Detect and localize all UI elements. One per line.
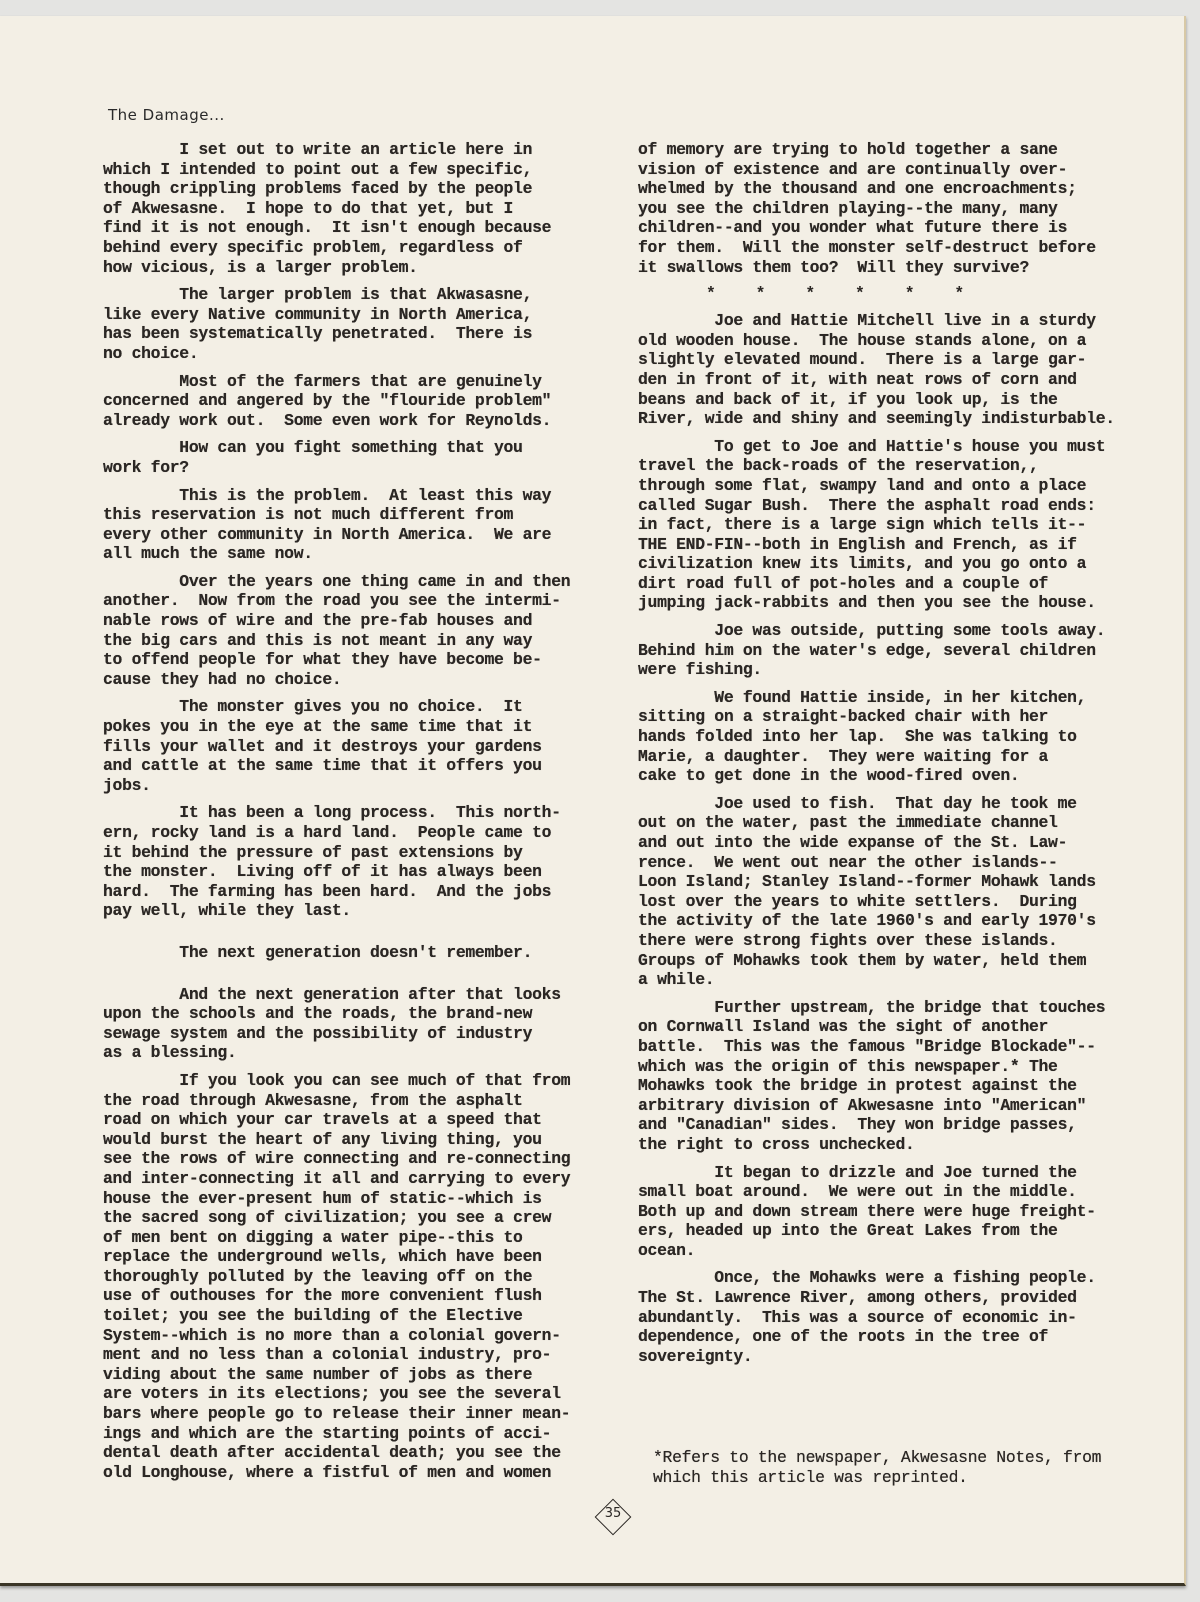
text-line: den in front of it, with neat rows of co… — [638, 370, 1118, 390]
paragraph-gap — [103, 1063, 573, 1071]
text-line: of men bent on digging a water pipe--thi… — [103, 1228, 573, 1248]
text-line: every other community in North America. … — [103, 525, 573, 545]
text-line: another. Now from the road you see the i… — [103, 591, 573, 611]
text-line: you see the children playing--the many, … — [638, 199, 1118, 219]
text-line: in fact, there is a large sign which tel… — [638, 515, 1118, 535]
text-line: concerned and angered by the "flouride p… — [103, 391, 573, 411]
text-line: to offend people for what they have beco… — [103, 650, 573, 670]
paragraph: We found Hattie inside, in her kitchen,s… — [638, 688, 1118, 786]
text-line: Further upstream, the bridge that touche… — [638, 998, 1118, 1018]
text-line: System--which is no more than a colonial… — [103, 1326, 573, 1346]
text-line: sewage system and the possibility of ind… — [103, 1024, 573, 1044]
text-line: small boat around. We were out in the mi… — [638, 1182, 1118, 1202]
text-line: ings and which are the starting points o… — [103, 1424, 573, 1444]
paragraph-gap — [103, 963, 573, 985]
footnote-line: *Refers to the newspaper, Akwesasne Note… — [653, 1448, 1101, 1468]
paragraph: To get to Joe and Hattie's house you mus… — [638, 437, 1118, 613]
section-divider: * * * * * * — [638, 277, 1118, 311]
text-line: Both up and down stream there were huge … — [638, 1202, 1118, 1222]
paragraph-gap — [638, 613, 1118, 621]
paragraph-gap — [638, 429, 1118, 437]
text-line: which I intended to point out a few spec… — [103, 160, 573, 180]
text-line: through some flat, swampy land and onto … — [638, 476, 1118, 496]
text-line: it behind the pressure of past extension… — [103, 843, 573, 863]
text-line: Groups of Mohawks took them by water, he… — [638, 951, 1118, 971]
text-line: pokes you in the eye at the same time th… — [103, 717, 573, 737]
text-line: This is the problem. At least this way — [103, 486, 573, 506]
text-line: Joe and Hattie Mitchell live in a sturdy — [638, 311, 1118, 331]
text-line: Most of the farmers that are genuinely — [103, 372, 573, 392]
paragraph-gap — [638, 1155, 1118, 1163]
paragraph-gap — [103, 478, 573, 486]
text-line: called Sugar Bush. There the asphalt roa… — [638, 496, 1118, 516]
paragraph-gap — [103, 364, 573, 372]
text-line: use of outhouses for the more convenient… — [103, 1286, 573, 1306]
text-line: It has been a long process. This north- — [103, 803, 573, 823]
paragraph-gap — [103, 795, 573, 803]
text-line: children--and you wonder what future the… — [638, 218, 1118, 238]
text-line: dental death after accidental death; you… — [103, 1443, 573, 1463]
paragraph: The next generation doesn't remember. — [103, 943, 573, 963]
text-line: jobs. — [103, 776, 573, 796]
text-line: It began to drizzle and Joe turned the — [638, 1163, 1118, 1183]
text-line: And the next generation after that looks — [103, 985, 573, 1005]
text-line: are voters in its elections; you see the… — [103, 1384, 573, 1404]
text-line: viding about the same number of jobs as … — [103, 1365, 573, 1385]
text-line: beans and back of it, if you look up, is… — [638, 390, 1118, 410]
paragraph: It began to drizzle and Joe turned thesm… — [638, 1163, 1118, 1261]
text-line: out on the water, past the immediate cha… — [638, 813, 1118, 833]
text-line: cake to get done in the wood-fired oven. — [638, 766, 1118, 786]
text-line: would burst the heart of any living thin… — [103, 1130, 573, 1150]
document-page: The Damage... I set out to write an arti… — [0, 16, 1186, 1586]
text-line: a while. — [638, 970, 1118, 990]
text-line: thoroughly polluted by the leaving off o… — [103, 1267, 573, 1287]
text-line: slightly elevated mound. There is a larg… — [638, 350, 1118, 370]
text-line: the right to cross unchecked. — [638, 1135, 1118, 1155]
paragraph: Further upstream, the bridge that touche… — [638, 998, 1118, 1155]
text-line: see the rows of wire connecting and re-c… — [103, 1149, 573, 1169]
text-line: this reservation is not much different f… — [103, 505, 573, 525]
text-line: on Cornwall Island was the sight of anot… — [638, 1017, 1118, 1037]
text-line: jumping jack-rabbits and then you see th… — [638, 593, 1118, 613]
text-line: Over the years one thing came in and the… — [103, 572, 573, 592]
text-line: The St. Lawrence River, among others, pr… — [638, 1288, 1118, 1308]
text-line: whelmed by the thousand and one encroach… — [638, 179, 1118, 199]
text-line: rence. We went out near the other island… — [638, 853, 1118, 873]
text-line: like every Native community in North Ame… — [103, 305, 573, 325]
text-line: old Longhouse, where a fistful of men an… — [103, 1463, 573, 1483]
paragraph: The monster gives you no choice. Itpokes… — [103, 697, 573, 795]
right-column: of memory are trying to hold together a … — [638, 140, 1118, 1366]
text-line: Once, the Mohawks were a fishing people. — [638, 1268, 1118, 1288]
text-line: upon the schools and the roads, the bran… — [103, 1004, 573, 1024]
text-line: house the ever-present hum of static--wh… — [103, 1189, 573, 1209]
text-line: ers, headed up into the Great Lakes from… — [638, 1221, 1118, 1241]
text-line: Mohawks took the bridge in protest again… — [638, 1076, 1118, 1096]
text-line: road on which your car travels at a spee… — [103, 1110, 573, 1130]
text-line: replace the underground wells, which hav… — [103, 1247, 573, 1267]
paragraph: I set out to write an article here inwhi… — [103, 140, 573, 277]
text-line: The monster gives you no choice. It — [103, 697, 573, 717]
text-line: hard. The farming has been hard. And the… — [103, 882, 573, 902]
paragraph-gap — [103, 921, 573, 943]
text-line: of Akwesasne. I hope to do that yet, but… — [103, 199, 573, 219]
text-line: ern, rocky land is a hard land. People c… — [103, 823, 573, 843]
text-line: dirt road full of pot-holes and a couple… — [638, 574, 1118, 594]
text-line: find it is not enough. It isn't enough b… — [103, 218, 573, 238]
text-line: and cattle at the same time that it offe… — [103, 756, 573, 776]
left-column: I set out to write an article here inwhi… — [103, 140, 573, 1482]
paragraph: The larger problem is that Akwasasne,lik… — [103, 285, 573, 363]
paragraph: Over the years one thing came in and the… — [103, 572, 573, 690]
text-line: pay well, while they last. — [103, 901, 573, 921]
text-line: and out into the wide expanse of the St.… — [638, 833, 1118, 853]
paragraph: Joe and Hattie Mitchell live in a sturdy… — [638, 311, 1118, 429]
text-line: the big cars and this is not meant in an… — [103, 631, 573, 651]
text-line: there were strong fights over these isla… — [638, 931, 1118, 951]
text-line: To get to Joe and Hattie's house you mus… — [638, 437, 1118, 457]
text-line: no choice. — [103, 344, 573, 364]
text-line: bars where people go to release their in… — [103, 1404, 573, 1424]
text-line: arbitrary division of Akwesasne into "Am… — [638, 1096, 1118, 1116]
text-line: nable rows of wire and the pre-fab house… — [103, 611, 573, 631]
paragraph: It has been a long process. This north-e… — [103, 803, 573, 921]
text-line: Loon Island; Stanley Island--former Moha… — [638, 872, 1118, 892]
text-line: sovereignty. — [638, 1347, 1118, 1367]
text-line: all much the same now. — [103, 544, 573, 564]
text-line: I set out to write an article here in — [103, 140, 573, 160]
text-line: has been systematically penetrated. Ther… — [103, 324, 573, 344]
text-line: as a blessing. — [103, 1043, 573, 1063]
text-line: How can you fight something that you — [103, 438, 573, 458]
text-line: toilet; you see the building of the Elec… — [103, 1306, 573, 1326]
text-line: and inter-connecting it all and carrying… — [103, 1169, 573, 1189]
text-line: Behind him on the water's edge, several … — [638, 641, 1118, 661]
text-line: and "Canadian" sides. They won bridge pa… — [638, 1115, 1118, 1135]
text-line: for them. Will the monster self-destruct… — [638, 238, 1118, 258]
paragraph-gap — [103, 564, 573, 572]
paragraph: And the next generation after that looks… — [103, 985, 573, 1063]
paragraph-gap — [638, 786, 1118, 794]
text-line: the road through Akwesasne, from the asp… — [103, 1091, 573, 1111]
text-line: battle. This was the famous "Bridge Bloc… — [638, 1037, 1118, 1057]
text-line: Joe used to fish. That day he took me — [638, 794, 1118, 814]
paragraph: How can you fight something that youwork… — [103, 438, 573, 477]
paragraph: This is the problem. At least this wayth… — [103, 486, 573, 564]
text-line: were fishing. — [638, 660, 1118, 680]
paragraph-gap — [103, 277, 573, 285]
text-line: though crippling problems faced by the p… — [103, 179, 573, 199]
text-line: sitting on a straight-backed chair with … — [638, 707, 1118, 727]
text-line: travel the back-roads of the reservation… — [638, 456, 1118, 476]
footnote-line: which this article was reprinted. — [653, 1468, 1101, 1488]
text-line: vision of existence and are continually … — [638, 160, 1118, 180]
paragraph-gap — [638, 680, 1118, 688]
text-line: If you look you can see much of that fro… — [103, 1071, 573, 1091]
paragraph: Joe used to fish. That day he took meout… — [638, 794, 1118, 990]
text-line: ment and no less than a colonial industr… — [103, 1345, 573, 1365]
text-line: The larger problem is that Akwasasne, — [103, 285, 573, 305]
text-line: abundantly. This was a source of economi… — [638, 1308, 1118, 1328]
text-line: behind every specific problem, regardles… — [103, 238, 573, 258]
paragraph-gap — [103, 430, 573, 438]
text-line: old wooden house. The house stands alone… — [638, 331, 1118, 351]
text-line: the monster. Living off of it has always… — [103, 862, 573, 882]
text-line: lost over the years to white settlers. D… — [638, 892, 1118, 912]
paragraph-gap — [103, 689, 573, 697]
text-line: THE END-FIN--both in English and French,… — [638, 535, 1118, 555]
text-line: of memory are trying to hold together a … — [638, 140, 1118, 160]
paragraph: Most of the farmers that are genuinelyco… — [103, 372, 573, 431]
text-line: hands folded into her lap. She was talki… — [638, 727, 1118, 747]
text-line: Marie, a daughter. They were waiting for… — [638, 747, 1118, 767]
text-line: Joe was outside, putting some tools away… — [638, 621, 1118, 641]
text-line: The next generation doesn't remember. — [103, 943, 573, 963]
text-line: civilization knew its limits, and you go… — [638, 554, 1118, 574]
text-line: work for? — [103, 458, 573, 478]
paragraph: Once, the Mohawks were a fishing people.… — [638, 1268, 1118, 1366]
paragraph-gap — [638, 1260, 1118, 1268]
text-line: River, wide and shiny and seemingly indi… — [638, 409, 1118, 429]
text-line: the activity of the late 1960's and earl… — [638, 911, 1118, 931]
paragraph: If you look you can see much of that fro… — [103, 1071, 573, 1482]
text-line: We found Hattie inside, in her kitchen, — [638, 688, 1118, 708]
text-line: cause they had no choice. — [103, 670, 573, 690]
text-line: which was the origin of this newspaper.*… — [638, 1057, 1118, 1077]
text-line: dependence, one of the roots in the tree… — [638, 1327, 1118, 1347]
paragraph: Joe was outside, putting some tools away… — [638, 621, 1118, 680]
text-line: how vicious, is a larger problem. — [103, 258, 573, 278]
text-line: it swallows them too? Will they survive? — [638, 258, 1118, 278]
page-number: 35 — [600, 1506, 626, 1521]
paragraph-gap — [638, 990, 1118, 998]
footnote: *Refers to the newspaper, Akwesasne Note… — [653, 1448, 1101, 1487]
text-line: ocean. — [638, 1241, 1118, 1261]
text-line: the sacred song of civilization; you see… — [103, 1208, 573, 1228]
text-line: fills your wallet and it destroys your g… — [103, 737, 573, 757]
handwritten-title: The Damage... — [108, 106, 225, 124]
paragraph: of memory are trying to hold together a … — [638, 140, 1118, 277]
text-line: already work out. Some even work for Rey… — [103, 411, 573, 431]
